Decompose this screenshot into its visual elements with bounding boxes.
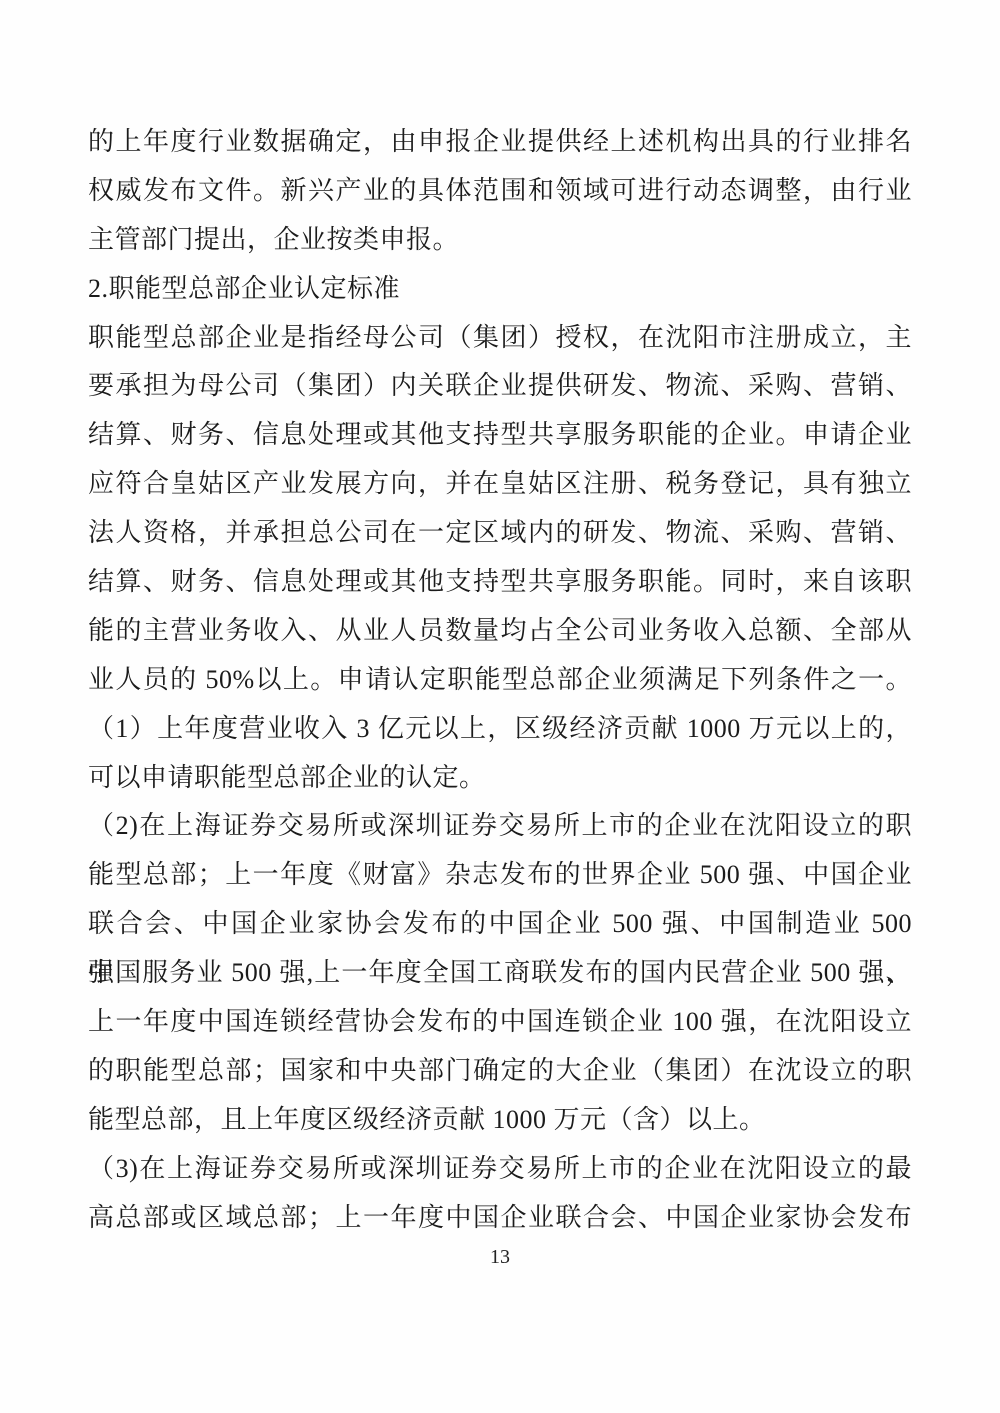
text-line: 联合会、中国企业家协会发布的中国企业 500 强、中国制造业 500 强、 bbox=[88, 900, 912, 949]
text-line: 中国服务业 500 强,上一年度全国工商联发布的国内民营企业 500 强， bbox=[88, 949, 912, 998]
text-line: 结算、财务、信息处理或其他支持型共享服务职能。同时，来自该职 bbox=[88, 558, 912, 607]
text-line: 能型总部；上一年度《财富》杂志发布的世界企业 500 强、中国企业 bbox=[88, 851, 912, 900]
text-line: 2.职能型总部企业认定标准 bbox=[88, 265, 912, 314]
document-page: 的上年度行业数据确定，由申报企业提供经上述机构出具的行业排名权威发布文件。新兴产… bbox=[0, 0, 1000, 1413]
text-line: 可以申请职能型总部企业的认定。 bbox=[88, 754, 912, 803]
text-line: 能的主营业务收入、从业人员数量均占全公司业务收入总额、全部从 bbox=[88, 607, 912, 656]
text-line: 能型总部，且上年度区级经济贡献 1000 万元（含）以上。 bbox=[88, 1096, 912, 1145]
text-line: 高总部或区域总部；上一年度中国企业联合会、中国企业家协会发布 bbox=[88, 1194, 912, 1243]
text-line: 的职能型总部；国家和中央部门确定的大企业（集团）在沈设立的职 bbox=[88, 1047, 912, 1096]
body-text: 的上年度行业数据确定，由申报企业提供经上述机构出具的行业排名权威发布文件。新兴产… bbox=[88, 118, 912, 1242]
text-line: 主管部门提出，企业按类申报。 bbox=[88, 216, 912, 265]
text-line: 权威发布文件。新兴产业的具体范围和领域可进行动态调整，由行业 bbox=[88, 167, 912, 216]
text-line: 上一年度中国连锁经营协会发布的中国连锁企业 100 强，在沈阳设立 bbox=[88, 998, 912, 1047]
text-line: 的上年度行业数据确定，由申报企业提供经上述机构出具的行业排名 bbox=[88, 118, 912, 167]
text-line: （3)在上海证券交易所或深圳证券交易所上市的企业在沈阳设立的最 bbox=[88, 1145, 912, 1194]
text-line: （2)在上海证券交易所或深圳证券交易所上市的企业在沈阳设立的职 bbox=[88, 802, 912, 851]
text-line: 职能型总部企业是指经母公司（集团）授权，在沈阳市注册成立，主 bbox=[88, 314, 912, 363]
page-number: 13 bbox=[0, 1246, 1000, 1269]
text-line: 应符合皇姑区产业发展方向，并在皇姑区注册、税务登记，具有独立 bbox=[88, 460, 912, 509]
text-line: 业人员的 50%以上。申请认定职能型总部企业须满足下列条件之一。 bbox=[88, 656, 912, 705]
text-line: （1）上年度营业收入 3 亿元以上，区级经济贡献 1000 万元以上的， bbox=[88, 705, 912, 754]
text-line: 结算、财务、信息处理或其他支持型共享服务职能的企业。申请企业 bbox=[88, 411, 912, 460]
text-line: 法人资格，并承担总公司在一定区域内的研发、物流、采购、营销、 bbox=[88, 509, 912, 558]
text-line: 要承担为母公司（集团）内关联企业提供研发、物流、采购、营销、 bbox=[88, 362, 912, 411]
